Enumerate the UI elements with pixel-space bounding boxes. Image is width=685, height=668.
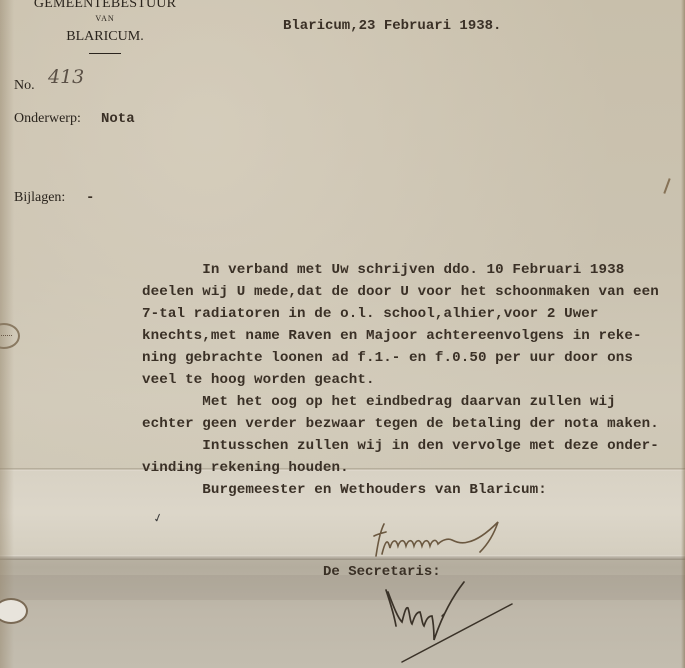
letterhead-rule: [89, 53, 121, 54]
letterhead: GEMEENTEBESTUUR VAN BLARICUM.: [25, 0, 185, 54]
letterhead-place: BLARICUM.: [25, 27, 185, 47]
body-line: 7-tal radiatoren in de o.l. school,alhie…: [142, 306, 599, 322]
number-value: 413: [48, 66, 84, 88]
body-line: vinding rekening houden.: [142, 460, 349, 476]
body-line: ning gebrachte loonen ad f.1.- en f.0.50…: [142, 350, 633, 366]
page-edge-shadow: [681, 0, 685, 668]
body-line: echter geen verder bezwaar tegen de beta…: [142, 416, 659, 432]
signature-secretary: [380, 578, 520, 666]
body-line: deelen wij U mede,dat de door U voor het…: [142, 284, 659, 300]
letterhead-organization: GEMEENTEBESTUUR: [25, 0, 185, 14]
body-line: In verband met Uw schrijven ddo. 10 Febr…: [142, 262, 624, 278]
signature-mayor: [368, 518, 508, 560]
attachments-label: Bijlagen:: [14, 190, 65, 206]
subject-label: Onderwerp:: [14, 111, 81, 127]
body-line: Burgemeester en Wethouders van Blaricum:: [142, 482, 547, 498]
body-line: Intusschen zullen wij in den vervolge me…: [142, 438, 659, 454]
attachments-value: -: [86, 190, 94, 206]
body-line: knechts,met name Raven en Majoor achtere…: [142, 328, 642, 344]
letterhead-connector: VAN: [25, 13, 185, 25]
body-line: Met het oog op het eindbedrag daarvan zu…: [142, 394, 616, 410]
fold-line: [0, 555, 685, 560]
body-line: veel te hoog worden geacht.: [142, 372, 375, 388]
subject-value: Nota: [101, 111, 135, 127]
number-label: No.: [14, 78, 35, 94]
letter-date: Blaricum,23 Februari 1938.: [283, 18, 501, 34]
